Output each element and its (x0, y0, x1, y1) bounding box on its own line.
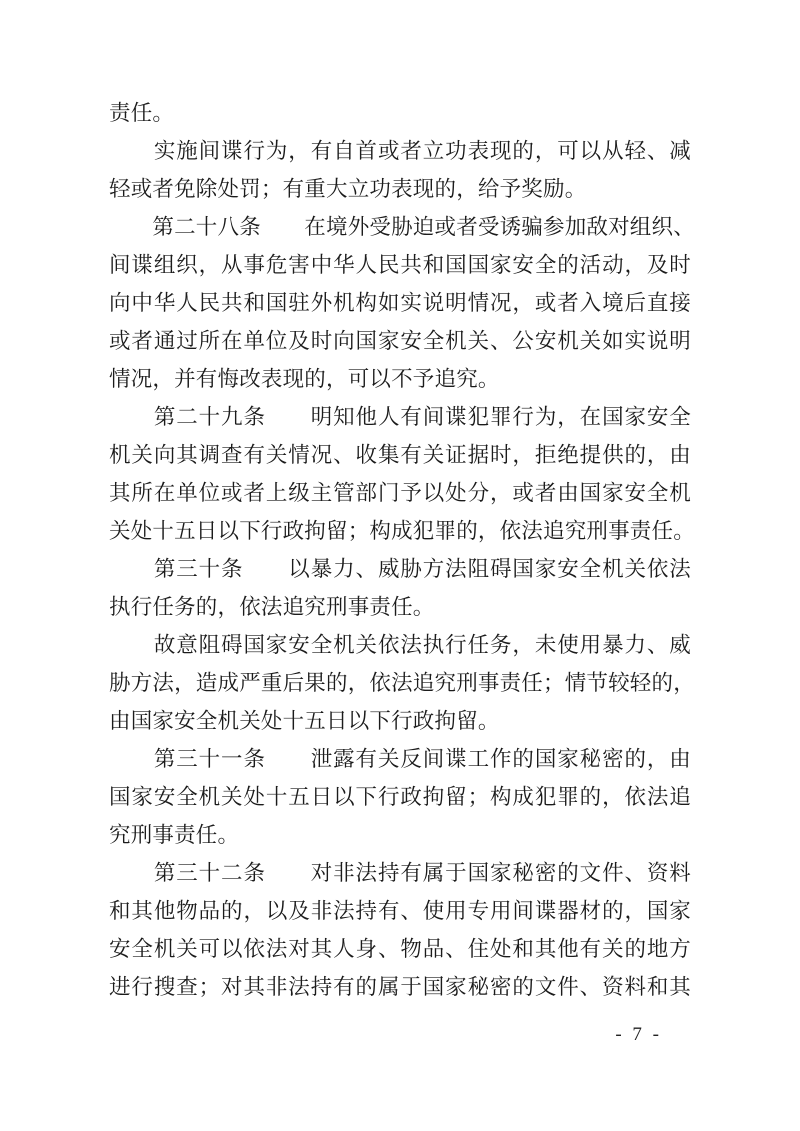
document-line: 由国家安全机关处十五日以下行政拘留。 (109, 702, 691, 740)
document-line: 第二十九条 明知他人有间谍犯罪行为，在国家安全 (109, 398, 691, 436)
document-line: 故意阻碍国家安全机关依法执行任务，未使用暴力、威 (109, 626, 691, 664)
document-line: 或者通过所在单位及时向国家安全机关、公安机关如实说明 (109, 322, 691, 360)
document-line: 机关向其调查有关情况、收集有关证据时，拒绝提供的，由 (109, 436, 691, 474)
document-body-text: 责任。 实施间谍行为，有自首或者立功表现的，可以从轻、减轻或者免除处罚；有重大立… (109, 94, 691, 1006)
document-line: 间谍组织，从事危害中华人民共和国国家安全的活动，及时 (109, 246, 691, 284)
document-line: 胁方法，造成严重后果的，依法追究刑事责任；情节较轻的， (109, 664, 691, 702)
document-line: 轻或者免除处罚；有重大立功表现的，给予奖励。 (109, 170, 691, 208)
document-line: 第三十二条 对非法持有属于国家秘密的文件、资料 (109, 854, 691, 892)
document-line: 实施间谍行为，有自首或者立功表现的，可以从轻、减 (109, 132, 691, 170)
document-line: 执行任务的，依法追究刑事责任。 (109, 588, 691, 626)
document-line: 究刑事责任。 (109, 816, 691, 854)
document-line: 安全机关可以依法对其人身、物品、住处和其他有关的地方 (109, 930, 691, 968)
document-line: 国家安全机关处十五日以下行政拘留；构成犯罪的，依法追 (109, 778, 691, 816)
document-line: 向中华人民共和国驻外机构如实说明情况，或者入境后直接 (109, 284, 691, 322)
document-line: 第三十条 以暴力、威胁方法阻碍国家安全机关依法 (109, 550, 691, 588)
document-line: 第二十八条 在境外受胁迫或者受诱骗参加敌对组织、 (109, 208, 691, 246)
document-line: 情况，并有悔改表现的，可以不予追究。 (109, 360, 691, 398)
document-line: 和其他物品的，以及非法持有、使用专用间谍器材的，国家 (109, 892, 691, 930)
document-line: 关处十五日以下行政拘留；构成犯罪的，依法追究刑事责任。 (109, 512, 691, 550)
document-line: 进行搜查；对其非法持有的属于国家秘密的文件、资料和其 (109, 968, 691, 1006)
document-line: 责任。 (109, 94, 691, 132)
document-line: 其所在单位或者上级主管部门予以处分，或者由国家安全机 (109, 474, 691, 512)
document-line: 第三十一条 泄露有关反间谍工作的国家秘密的，由 (109, 740, 691, 778)
scanned-document-page: 责任。 实施间谍行为，有自首或者立功表现的，可以从轻、减轻或者免除处罚；有重大立… (0, 0, 800, 1131)
page-number: - 7 - (615, 1022, 662, 1048)
